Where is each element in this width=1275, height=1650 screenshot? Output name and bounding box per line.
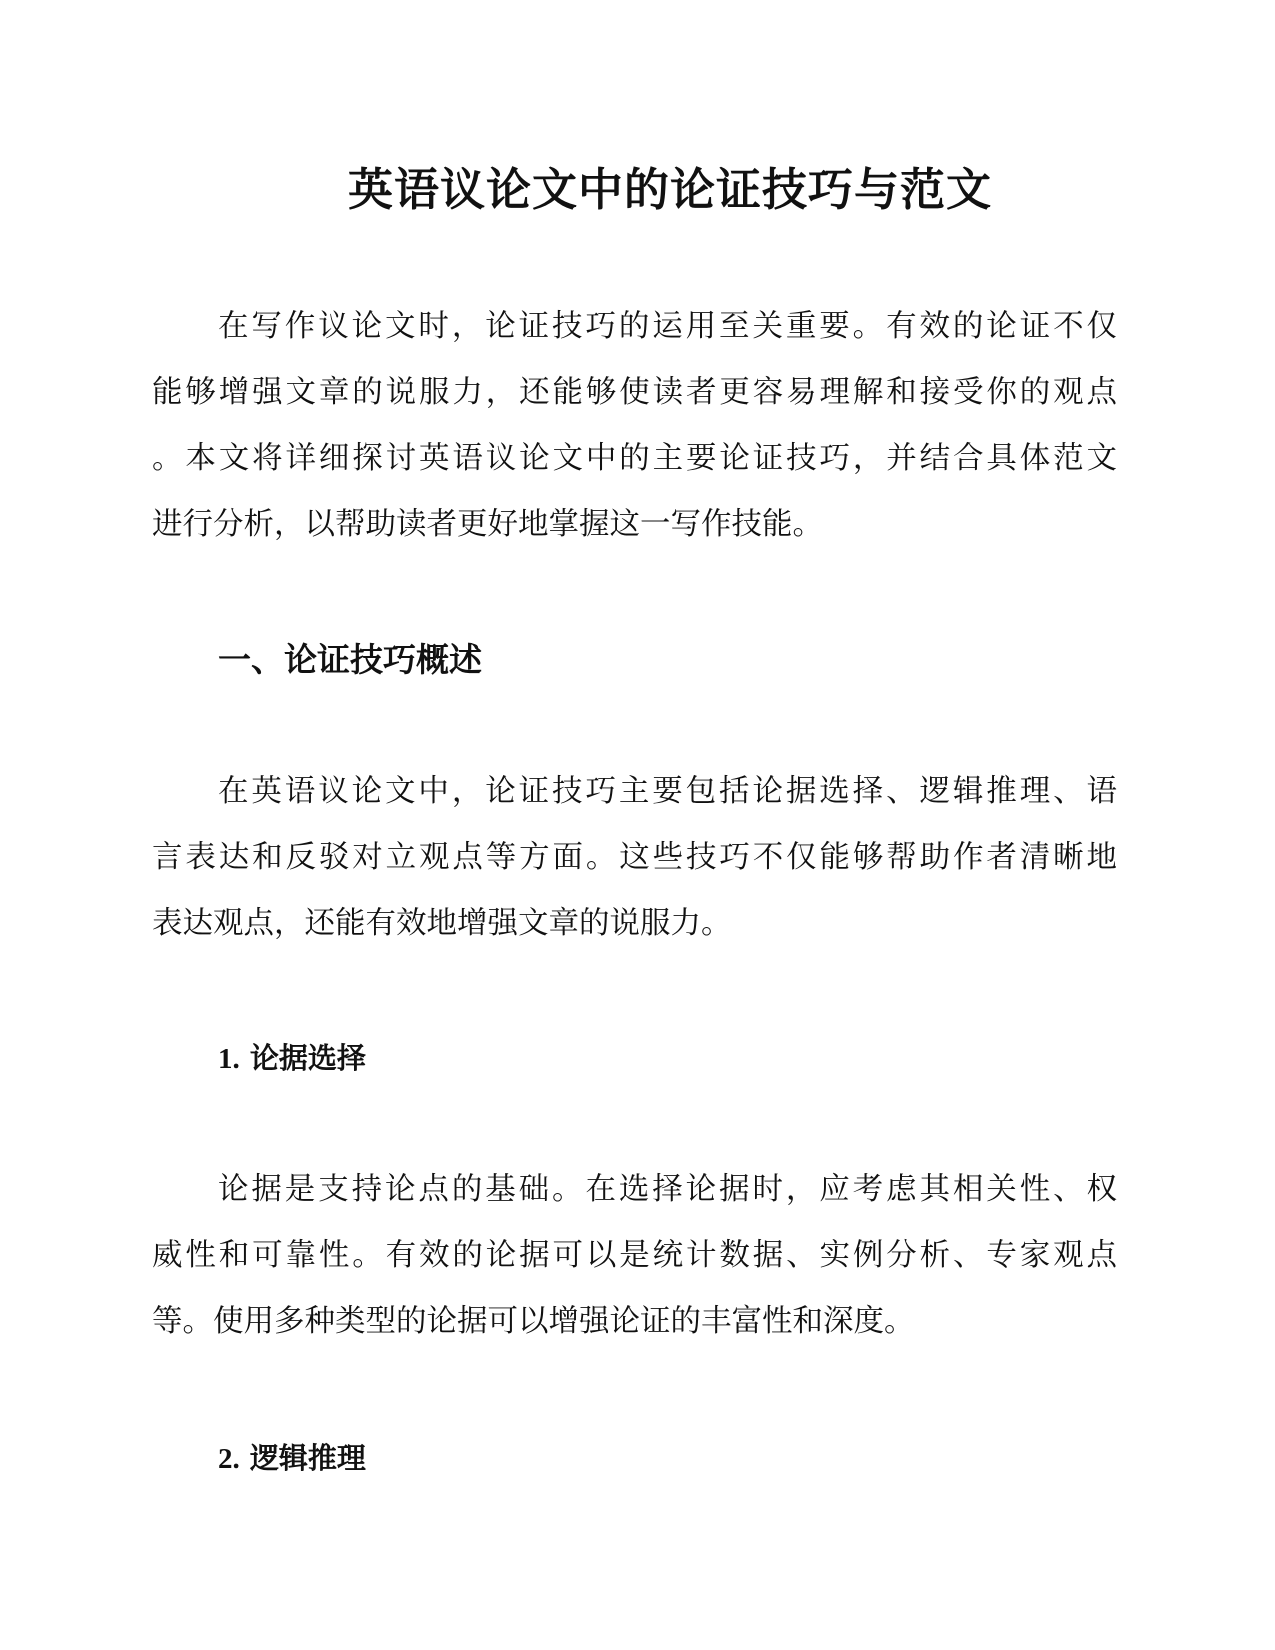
- overview-line-3: 表达观点，还能有效地增强文章的说服力。: [152, 891, 1117, 957]
- document-title: 英语议论文中的论证技巧与范文: [0, 158, 1275, 222]
- overview-paragraph: 在英语议论文中，论证技巧主要包括论据选择、逻辑推理、语 言表达和反驳对立观点等方…: [152, 759, 1117, 957]
- intro-line-3: 。本文将详细探讨英语议论文中的主要论证技巧，并结合具体范文: [152, 426, 1117, 492]
- section-heading-overview: 一、论证技巧概述: [218, 635, 482, 685]
- subsection-heading-evidence: 1. 论据选择: [218, 1035, 366, 1082]
- evidence-line-2: 威性和可靠性。有效的论据可以是统计数据、实例分析、专家观点: [152, 1223, 1117, 1289]
- evidence-line-3: 等。使用多种类型的论据可以增强论证的丰富性和深度。: [152, 1289, 1117, 1355]
- evidence-line-1: 论据是支持论点的基础。在选择论据时，应考虑其相关性、权: [152, 1157, 1117, 1223]
- evidence-paragraph: 论据是支持论点的基础。在选择论据时，应考虑其相关性、权 威性和可靠性。有效的论据…: [152, 1157, 1117, 1355]
- subsection-heading-logic: 2. 逻辑推理: [218, 1435, 366, 1482]
- intro-paragraph: 在写作议论文时，论证技巧的运用至关重要。有效的论证不仅 能够增强文章的说服力，还…: [152, 294, 1117, 558]
- intro-line-2: 能够增强文章的说服力，还能够使读者更容易理解和接受你的观点: [152, 360, 1117, 426]
- intro-line-1: 在写作议论文时，论证技巧的运用至关重要。有效的论证不仅: [152, 294, 1117, 360]
- subsection-title: 论据选择: [250, 1041, 366, 1075]
- overview-line-1: 在英语议论文中，论证技巧主要包括论据选择、逻辑推理、语: [152, 759, 1117, 825]
- overview-line-2: 言表达和反驳对立观点等方面。这些技巧不仅能够帮助作者清晰地: [152, 825, 1117, 891]
- subsection-number: 2.: [218, 1443, 240, 1475]
- document-page: 英语议论文中的论证技巧与范文 在写作议论文时，论证技巧的运用至关重要。有效的论证…: [0, 0, 1275, 1650]
- intro-line-4: 进行分析，以帮助读者更好地掌握这一写作技能。: [152, 492, 1117, 558]
- subsection-title: 逻辑推理: [250, 1441, 366, 1475]
- subsection-number: 1.: [218, 1043, 240, 1075]
